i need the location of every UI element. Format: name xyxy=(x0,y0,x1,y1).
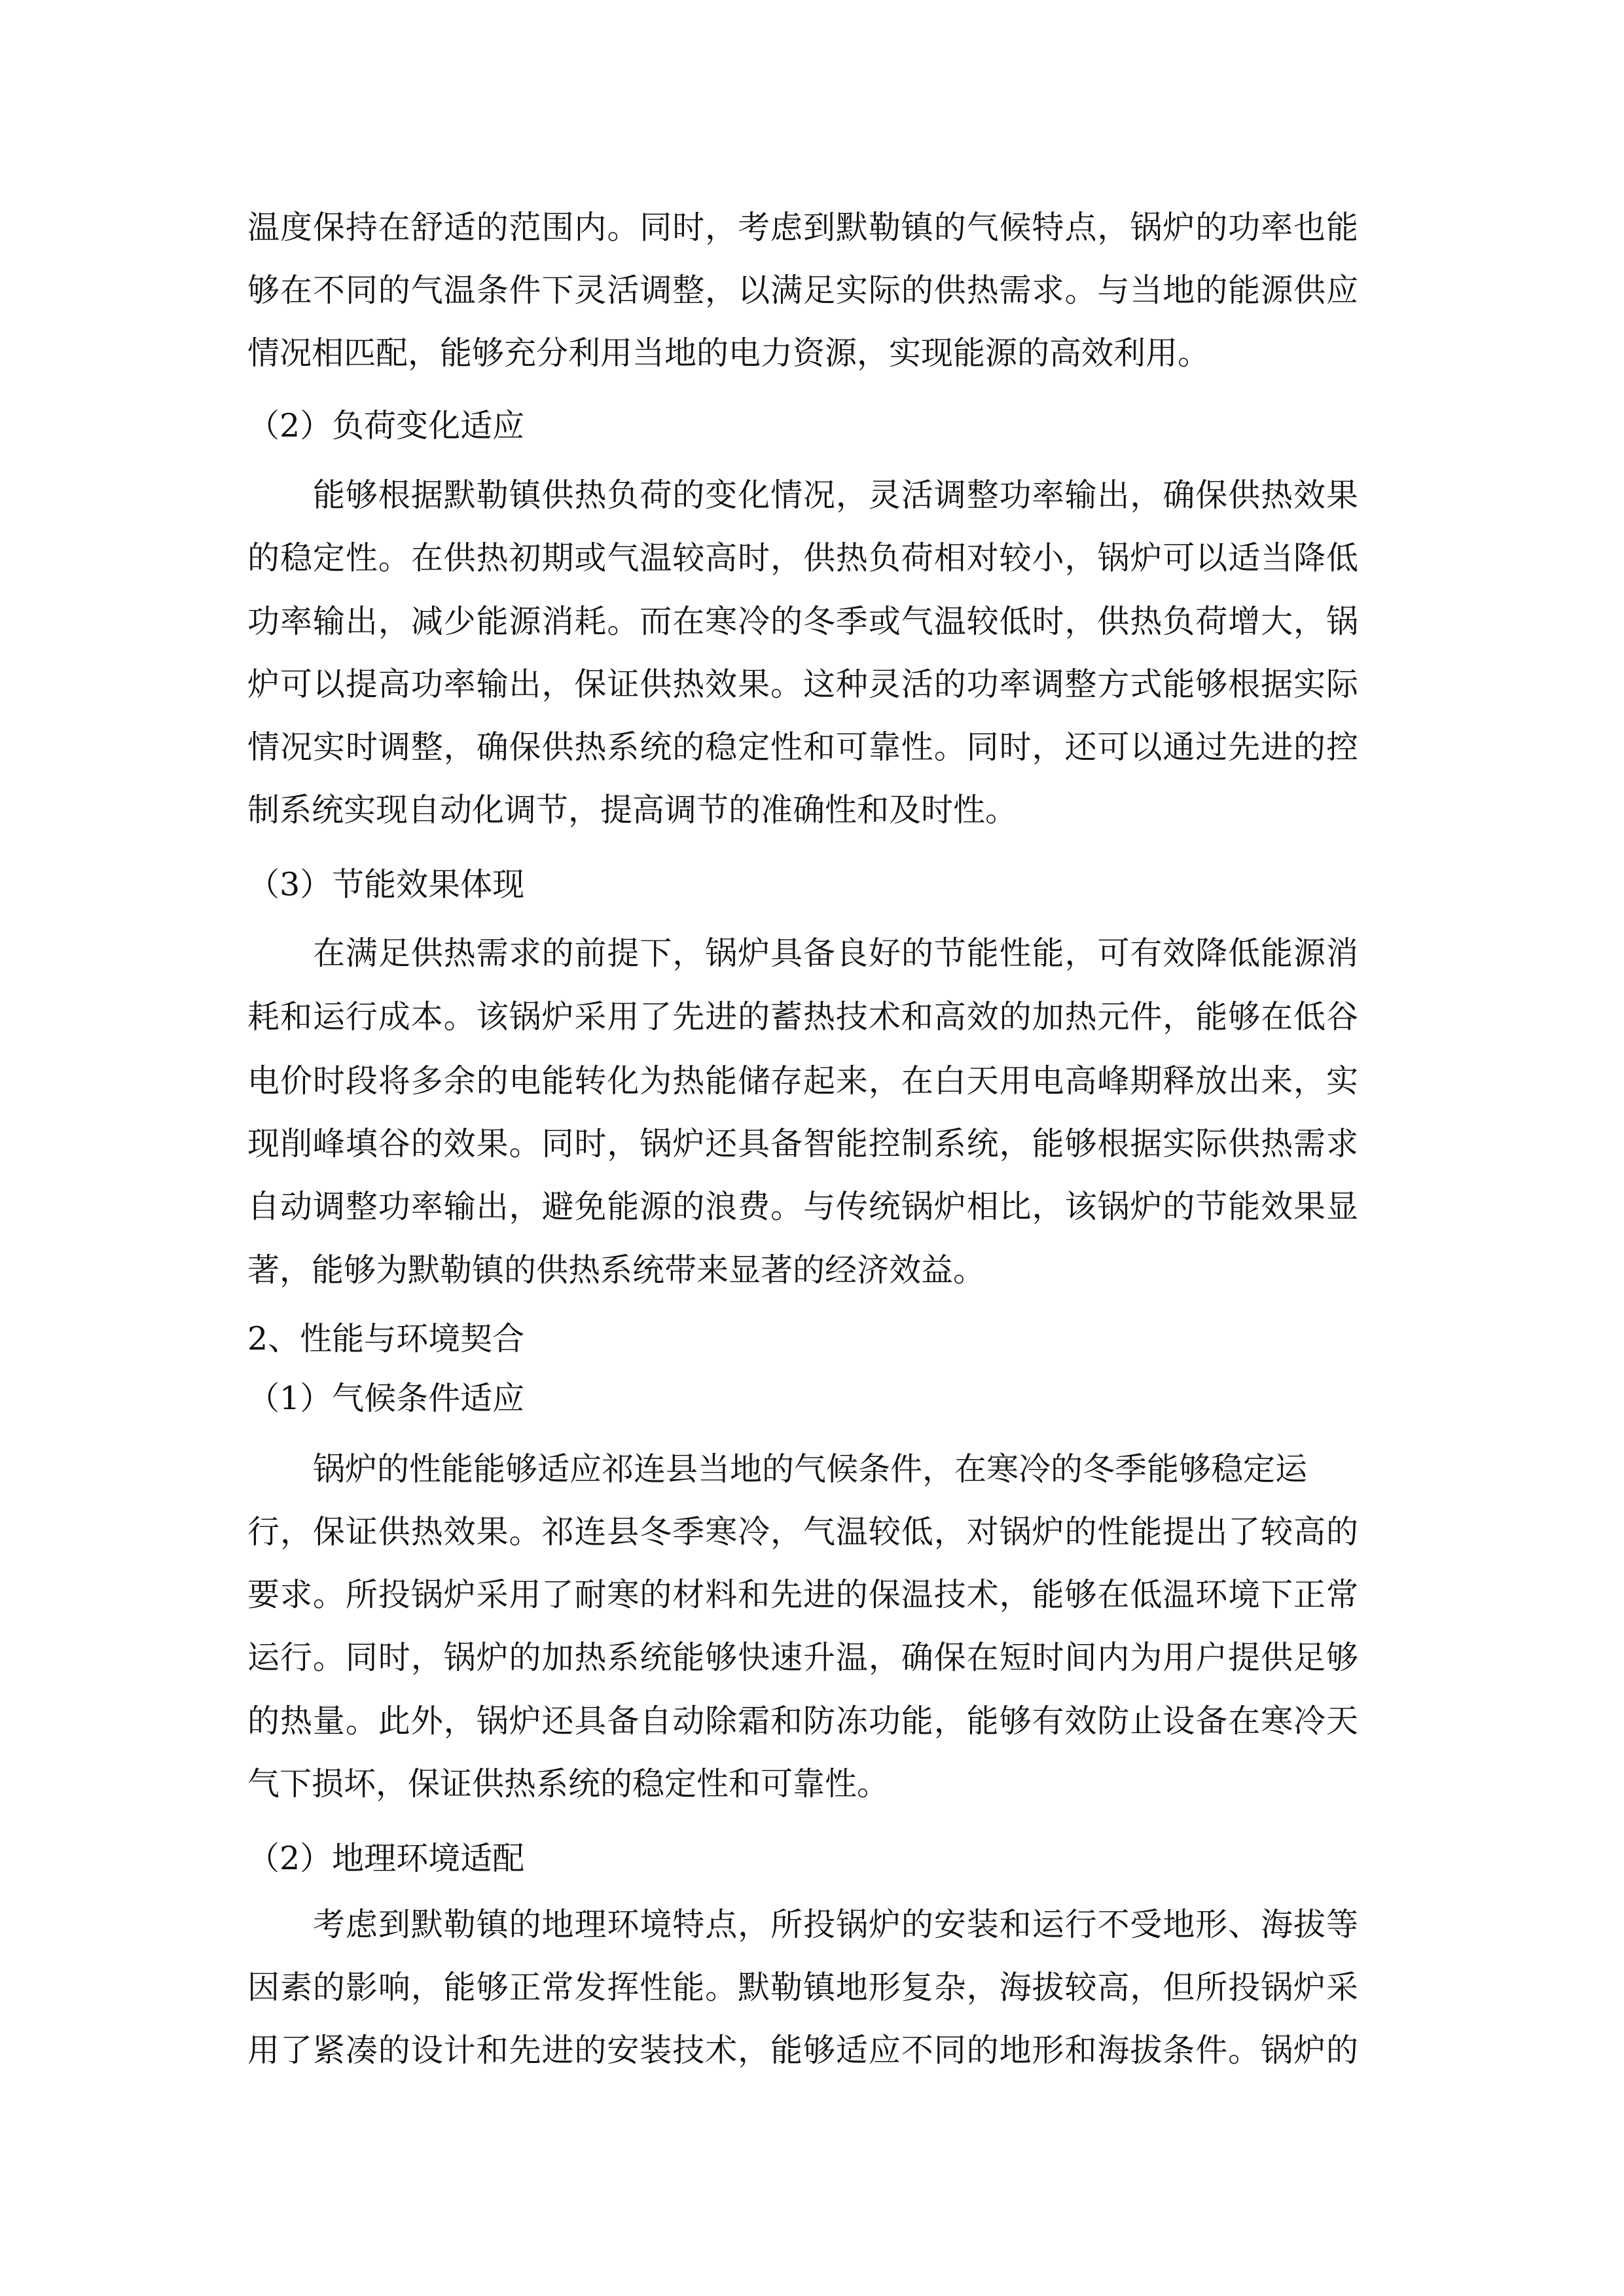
paragraph-line: 运行。同时，锅炉的加热系统能够快速升温，确保在短时间内为用户提供足够 xyxy=(247,1638,1358,1677)
paragraph-line: 电价时段将多余的电能转化为热能储存起来，在白天用电高峰期释放出来，实 xyxy=(247,1062,1358,1101)
subheading-geography: （2）地理环境适配 xyxy=(247,1839,1358,1878)
section-heading-performance-environment: 2、性能与环境契合 xyxy=(247,1319,1358,1359)
subheading-load-change: （2）负荷变化适应 xyxy=(247,406,1358,446)
paragraph-line: 行，保证供热效果。祁连县冬季寒冷，气温较低，对锅炉的性能提出了较高的 xyxy=(247,1513,1358,1552)
subheading-energy-saving: （3）节能效果体现 xyxy=(247,865,1358,905)
paragraph-line: 因素的影响，能够正常发挥性能。默勒镇地形复杂，海拔较高，但所投锅炉采 xyxy=(247,1968,1358,2007)
paragraph-line: 炉可以提高功率输出，保证供热效果。这种灵活的功率调整方式能够根据实际 xyxy=(247,665,1358,704)
paragraph-line: 在满足供热需求的前提下，锅炉具备良好的节能性能，可有效降低能源消 xyxy=(313,934,1358,973)
paragraph-line: 现削峰填谷的效果。同时，锅炉还具备智能控制系统，能够根据实际供热需求 xyxy=(247,1124,1358,1164)
paragraph-line: 的热量。此外，锅炉还具备自动除霜和防冻功能，能够有效防止设备在寒冷天 xyxy=(247,1702,1358,1741)
paragraph-line: 耗和运行成本。该锅炉采用了先进的蓄热技术和高效的加热元件，能够在低谷 xyxy=(247,997,1358,1037)
subheading-climate: （1）气候条件适应 xyxy=(247,1379,1358,1418)
paragraph-line: 情况相匹配，能够充分利用当地的电力资源，实现能源的高效利用。 xyxy=(247,334,1358,373)
paragraph-line: 锅炉的性能能够适应祁连县当地的气候条件，在寒冷的冬季能够稳定运 xyxy=(313,1450,1358,1489)
paragraph-line: 够在不同的气温条件下灵活调整，以满足实际的供热需求。与当地的能源供应 xyxy=(247,271,1358,310)
paragraph-line: 自动调整功率输出，避免能源的浪费。与传统锅炉相比，该锅炉的节能效果显 xyxy=(247,1187,1358,1227)
paragraph-line: 气下损坏，保证供热系统的稳定性和可靠性。 xyxy=(247,1765,1358,1804)
paragraph-line: 考虑到默勒镇的地理环境特点，所投锅炉的安装和运行不受地形、海拔等 xyxy=(313,1905,1358,1945)
paragraph-line: 要求。所投锅炉采用了耐寒的材料和先进的保温技术，能够在低温环境下正常 xyxy=(247,1575,1358,1615)
paragraph-line: 著，能够为默勒镇的供热系统带来显著的经济效益。 xyxy=(247,1251,1358,1290)
paragraph-line: 制系统实现自动化调节，提高调节的准确性和及时性。 xyxy=(247,791,1358,830)
document-page: 温度保持在舒适的范围内。同时，考虑到默勒镇的气候特点，锅炉的功率也能 够在不同的… xyxy=(0,0,1624,2296)
paragraph-line: 温度保持在舒适的范围内。同时，考虑到默勒镇的气候特点，锅炉的功率也能 xyxy=(247,208,1358,247)
paragraph-line: 能够根据默勒镇供热负荷的变化情况，灵活调整功率输出，确保供热效果 xyxy=(313,476,1358,515)
paragraph-line: 情况实时调整，确保供热系统的稳定性和可靠性。同时，还可以通过先进的控 xyxy=(247,728,1358,767)
paragraph-line: 的稳定性。在供热初期或气温较高时，供热负荷相对较小，锅炉可以适当降低 xyxy=(247,539,1358,578)
paragraph-line: 用了紧凑的设计和先进的安装技术，能够适应不同的地形和海拔条件。锅炉的 xyxy=(247,2031,1358,2070)
paragraph-line: 功率输出，减少能源消耗。而在寒冷的冬季或气温较低时，供热负荷增大，锅 xyxy=(247,602,1358,641)
